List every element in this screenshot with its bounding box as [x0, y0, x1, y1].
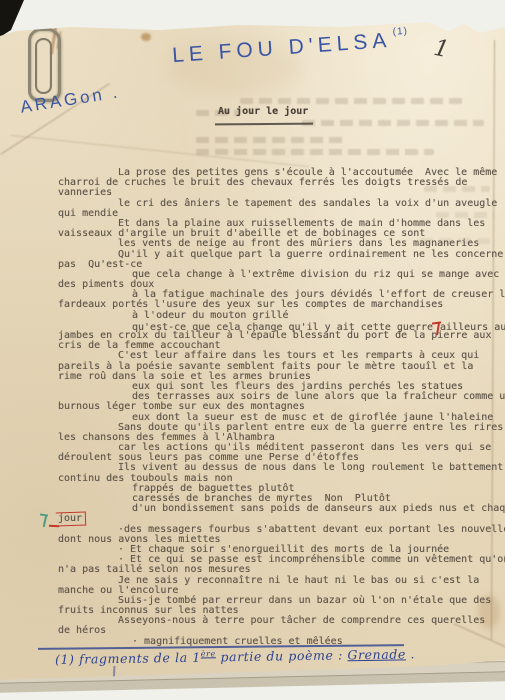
poem-body: La prose des petites gens s'écoule à l'a… — [58, 168, 505, 647]
scanned-manuscript: { "document": { "page_number": "1", "han… — [0, 0, 505, 700]
poem-line: Asseyons-nous à terre pour tâcher de com… — [58, 616, 505, 626]
footnote-superscript: ère — [201, 649, 216, 658]
paperclip — [26, 26, 60, 100]
poem-line: charroi de cruches le bruit des chevaux … — [58, 178, 505, 188]
footnote-underlined-word: Grenade — [347, 646, 406, 662]
title-superscript: (1) — [392, 26, 408, 38]
page-number: 1 — [431, 35, 451, 63]
handwritten-footnote: (1) fragments de la 1ère partie du poème… — [55, 646, 415, 667]
poem-line: n'a pas taillé selon nos mesures — [58, 565, 505, 575]
poem-line: à l'odeur du mouton grillé — [58, 311, 505, 321]
poem-line: burnous léger tombe sur eux des montagne… — [58, 402, 505, 412]
paperclip-inner-loop — [35, 38, 52, 94]
ghost-text-line — [196, 137, 348, 143]
poem-line: d'un bondissement sans poids de danseurs… — [58, 504, 505, 514]
stain — [141, 33, 151, 41]
ghost-text-line — [240, 98, 468, 104]
manuscript-page: LE FOU D'ELSA(1) 1 ARAGon . Au jour le j… — [0, 0, 505, 700]
heading-underline — [215, 123, 313, 126]
section-heading: Au jour le jour — [218, 106, 308, 117]
poem-line: les vents de neige au front des mûriers … — [58, 239, 505, 249]
ghost-text-line — [196, 149, 434, 155]
red-boxed-word: jour — [58, 514, 82, 524]
poem-line: le cri des âniers le tapement des sandal… — [58, 199, 505, 209]
ghost-text-line — [302, 120, 484, 126]
